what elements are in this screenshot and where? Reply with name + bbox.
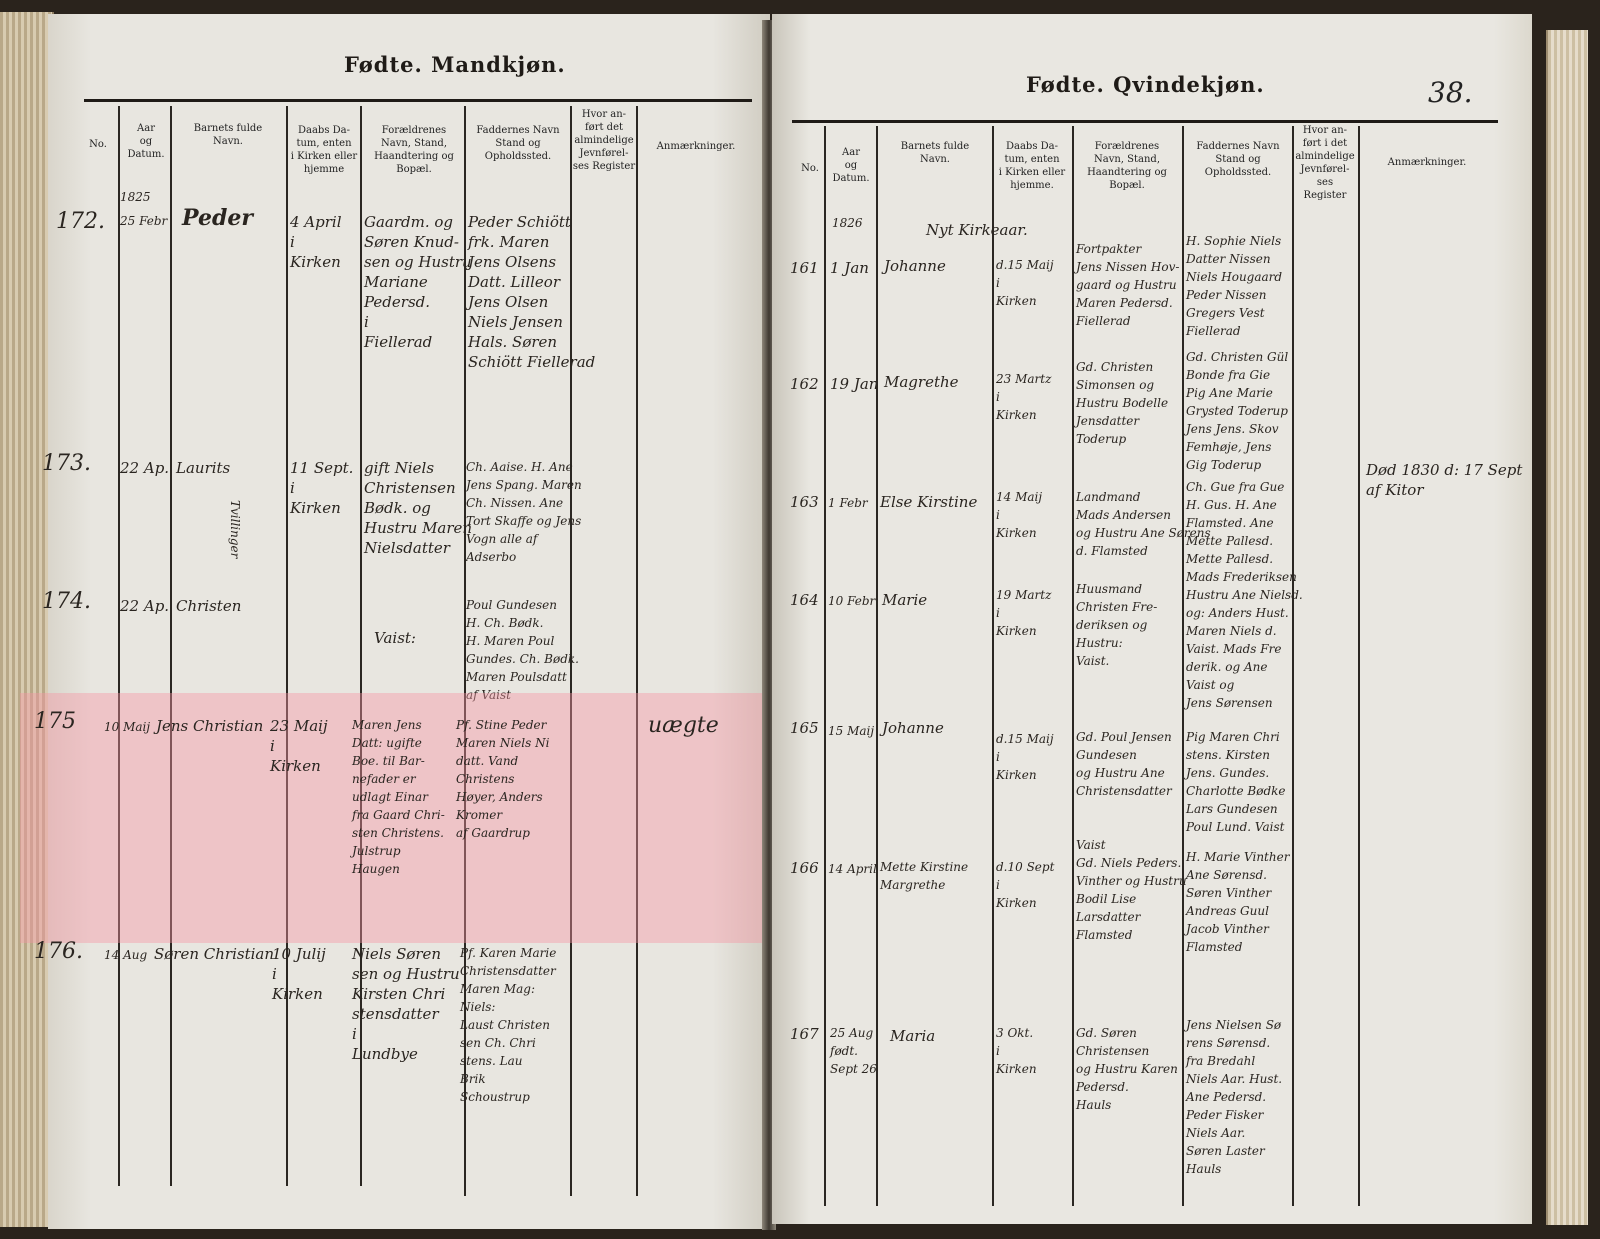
entry-godparents: Ch. Aaise. H. Ane Jens Spang. Maren Ch. … [466, 458, 582, 566]
entry-no: 175 [34, 712, 76, 732]
entry-remarks: uægte [648, 716, 719, 736]
col-header-name: Barnets fulde Navn. [880, 140, 990, 166]
entry-child-name: Maria [890, 1026, 935, 1046]
entry-parents: Gd. Christen Simonsen og Hustru Bodelle … [1076, 358, 1168, 448]
header-rule [84, 99, 752, 102]
entry-parents: Gd. Poul Jensen Gundesen og Hustru Ane C… [1076, 728, 1172, 800]
col-header-remarks: Anmærkninger. [1362, 156, 1492, 169]
entry-child-name: Johanne [884, 256, 946, 276]
entry-baptism: 11 Sept. i Kirken [290, 458, 353, 518]
entry-child-name: Laurits [176, 458, 230, 478]
entry-date: 10 Maij [104, 718, 150, 736]
entry-child-name: Mette Kirstine Margrethe [880, 858, 968, 894]
entry-no: 174. [42, 592, 91, 612]
year-label: 1825 [120, 188, 151, 206]
entry-baptism: 19 Martz i Kirken [996, 586, 1051, 640]
entry-date: 22 Ap. [120, 596, 169, 616]
page-edges-right [1546, 30, 1588, 1225]
col-header-date: Aar og Datum. [120, 122, 172, 161]
entry-child-name: Else Kirstine [880, 492, 977, 512]
entry-no: 165 [790, 718, 819, 738]
entry-godparents: Poul Gundesen H. Ch. Bødk. H. Maren Poul… [466, 596, 579, 704]
entry-parents: gift Niels Christensen Bødk. og Hustru M… [364, 458, 472, 558]
entry-child-name: Jens Christian [156, 716, 263, 736]
col-header-date: Aar og Datum. [826, 146, 876, 185]
column-rule [824, 126, 826, 1206]
entry-no: 163 [790, 492, 819, 512]
entry-date: 14 Aug [104, 946, 147, 964]
entry-godparents: Gd. Christen Gül Bonde fra Gie Pig Ane M… [1186, 348, 1288, 474]
entry-parents: Huusmand Christen Fre- deriksen og Hustr… [1076, 580, 1157, 670]
entry-baptism: 10 Julij i Kirken [272, 944, 326, 1004]
entry-baptism: 23 Martz i Kirken [996, 370, 1051, 424]
entry-remarks: Død 1830 d: 17 Sept af Kitor [1366, 460, 1522, 500]
page-edges-left [0, 12, 54, 1227]
entry-godparents: Pf. Stine Peder Maren Niels Ni datt. Van… [456, 716, 549, 842]
register-spread: Fødte. Mandkjøn. No. Aar og Datum. Barne… [0, 0, 1600, 1239]
entry-date: 19 Jan [830, 374, 878, 394]
column-rule [1072, 126, 1074, 1206]
entry-parents: Maren Jens Datt: ugifte Boe. til Bar- ne… [352, 716, 445, 878]
entry-no: 166 [790, 858, 819, 878]
entry-no: 167 [790, 1024, 819, 1044]
entry-baptism: 4 April i Kirken [290, 212, 342, 272]
col-header-register: Hvor an- ført det almindelige Jevnførel-… [572, 108, 636, 173]
col-header-baptism: Daabs Da- tum, enten i Kirken eller hjem… [288, 124, 360, 176]
entry-child-name: Johanne [882, 718, 944, 738]
entry-date: 25 Aug født. Sept 26 [830, 1024, 877, 1078]
entry-parents: Gaardm. og Søren Knud- sen og Hustru Mar… [364, 212, 472, 352]
entry-godparents: Pig Maren Chri stens. Kirsten Jens. Gund… [1186, 728, 1286, 836]
entry-no: 161 [790, 258, 819, 278]
entry-godparents: Jens Nielsen Sø rens Sørensd. fra Bredah… [1186, 1016, 1282, 1178]
entry-date: 15 Maij [828, 722, 874, 740]
entry-baptism: d.10 Sept i Kirken [996, 858, 1054, 912]
column-rule [992, 126, 994, 1206]
entry-date: 22 Ap. [120, 458, 169, 478]
entry-parents: Vaist: [374, 628, 416, 648]
entry-child-name: Søren Christian [154, 944, 274, 964]
entry-no: 162 [790, 374, 819, 394]
entry-godparents: Mads Frederiksen Hustru Ane Nielsd. og: … [1186, 568, 1303, 712]
entry-godparents: H. Marie Vinther Ane Sørensd. Søren Vint… [1186, 848, 1289, 956]
entry-godparents: H. Sophie Niels Datter Nissen Niels Houg… [1186, 232, 1282, 340]
entry-child-name: Marie [882, 590, 927, 610]
entry-parents: Vaist Gd. Niels Peders. Vinther og Hustr… [1076, 836, 1187, 944]
column-rule [170, 106, 172, 1186]
church-year-note: Nyt Kirkeaar. [926, 220, 1028, 240]
entry-date: 1 Jan [830, 258, 869, 278]
entry-parents: Gd. Søren Christensen og Hustru Karen Pe… [1076, 1024, 1178, 1114]
col-header-remarks: Anmærkninger. [640, 140, 752, 153]
entry-date: 14 April [828, 860, 877, 878]
col-header-no: No. [796, 162, 824, 175]
entry-child-name: Christen [176, 596, 241, 616]
entry-parents: Niels Søren sen og Hustru Kirsten Chri s… [352, 944, 460, 1064]
entry-no: 173. [42, 454, 91, 474]
entry-baptism: d.15 Maij i Kirken [996, 730, 1054, 784]
entry-date: 25 Febr [120, 212, 167, 230]
entry-baptism: 14 Maij i Kirken [996, 488, 1042, 542]
column-rule [636, 106, 638, 1196]
col-header-no: No. [78, 138, 118, 151]
column-rule [1358, 126, 1360, 1206]
entry-remark-twins: Tvillinger [226, 500, 244, 558]
entry-no: 172. [56, 212, 105, 232]
column-rule [118, 106, 120, 1186]
entry-baptism: 3 Okt. i Kirken [996, 1024, 1037, 1078]
entry-baptism: d.15 Maij i Kirken [996, 256, 1054, 310]
col-header-name: Barnets fulde Navn. [174, 122, 282, 148]
entry-parents: Fortpakter Jens Nissen Hov- gaard og Hus… [1076, 240, 1179, 330]
entry-child-name: Magrethe [884, 372, 959, 392]
entry-date: 1 Febr [828, 494, 868, 512]
entry-no: 176. [34, 942, 83, 962]
col-header-godparents: Faddernes Navn Stand og Opholdssted. [1184, 140, 1292, 179]
col-header-register: Hvor an- ført i det almindelige Jevnføre… [1294, 124, 1356, 202]
right-page-title: Fødte. Qvindekjøn. [1026, 72, 1265, 97]
col-header-baptism: Daabs Da- tum, enten i Kirken eller hjem… [994, 140, 1070, 192]
entry-child-name: Peder [182, 208, 253, 228]
col-header-godparents: Faddernes Navn Stand og Opholdssted. [466, 124, 570, 163]
entry-godparents: Ch. Gue fra Gue H. Gus. H. Ane Flamsted.… [1186, 478, 1284, 568]
entry-no: 164 [790, 590, 819, 610]
entry-godparents: Pf. Karen Marie Christensdatter Maren Ma… [460, 944, 556, 1106]
page-number: 38. [1428, 76, 1473, 109]
column-rule [286, 106, 288, 1186]
left-page-title: Fødte. Mandkjøn. [344, 52, 566, 77]
entry-date: 10 Febr [828, 592, 875, 610]
year-label: 1826 [832, 214, 863, 232]
col-header-parents: Forældrenes Navn, Stand, Haandtering og … [362, 124, 466, 176]
column-rule [1182, 126, 1184, 1206]
col-header-parents: Forældrenes Navn, Stand, Haandtering og … [1074, 140, 1180, 192]
entry-godparents: Peder Schiött frk. Maren Jens Olsens Dat… [468, 212, 595, 372]
entry-baptism: 23 Maij i Kirken [270, 716, 328, 776]
header-rule [792, 120, 1498, 123]
